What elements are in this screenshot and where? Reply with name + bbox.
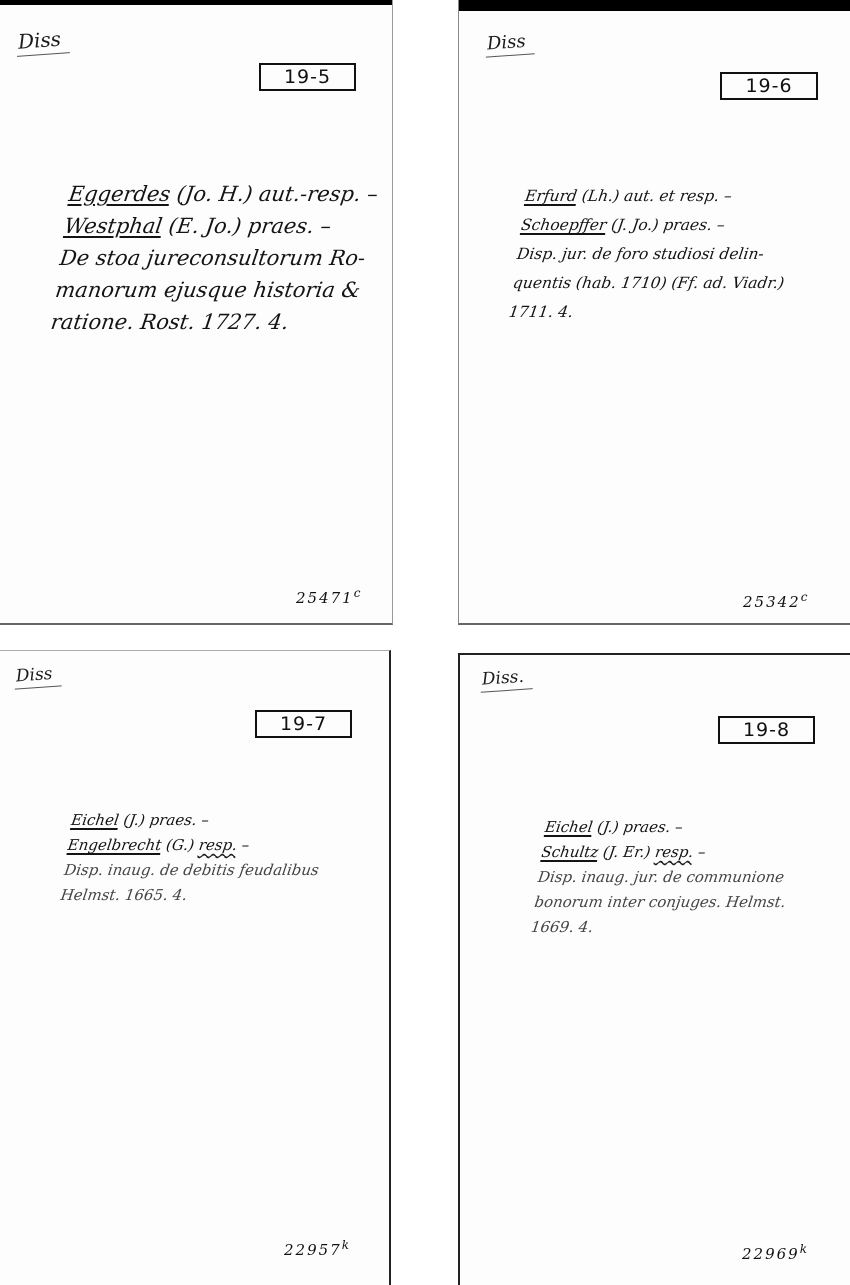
accession-suffix: k	[342, 1238, 349, 1252]
dash: –	[692, 843, 707, 861]
call-number-box: 19-8	[718, 716, 815, 744]
title-line: bonorum inter conjuges. Helmst.	[533, 890, 788, 915]
author-detail: (Jo. H.) aut.-resp. –	[169, 182, 380, 206]
card-body: Eichel (J.) praes. – Schultz (J. Er.) re…	[529, 815, 798, 940]
catalog-card-19-7: Diss 19-7 Eichel (J.) praes. – Engelbrec…	[0, 650, 391, 1285]
respondent-detail: (G.)	[160, 836, 200, 854]
title-line: 1711. 4.	[507, 298, 782, 327]
respondent-name: Schultz	[540, 843, 599, 861]
praeses-detail: (E. Jo.) praes. –	[161, 214, 333, 238]
accession-digits: 25471	[296, 589, 354, 607]
call-number-box: 19-5	[259, 63, 356, 91]
praeses-name: Eichel	[544, 818, 594, 836]
accession-number: 22969k	[742, 1242, 807, 1263]
respondent-name: Engelbrecht	[67, 836, 163, 854]
catalog-card-19-5: Diss 19-5 Eggerdes (Jo. H.) aut.-resp. –…	[0, 0, 393, 625]
entry-line: Eggerdes (Jo. H.) aut.-resp. –	[67, 178, 380, 210]
card-top-edge	[0, 0, 392, 5]
call-number-box: 19-7	[255, 710, 352, 738]
praeses-detail: (J. Jo.) praes. –	[605, 216, 726, 234]
card-heading: Diss	[15, 26, 70, 57]
card-heading: Diss.	[479, 666, 532, 693]
respondent-detail: (J. Er.)	[597, 843, 656, 861]
card-top-edge	[459, 0, 850, 11]
praeses-name: Westphal	[63, 214, 164, 238]
accession-number: 22957k	[284, 1238, 349, 1259]
dash: –	[236, 836, 251, 854]
entry-line: Schoepffer (J. Jo.) praes. –	[519, 211, 794, 240]
card-body: Eichel (J.) praes. – Engelbrecht (G.) re…	[59, 808, 328, 908]
entry-line: Schultz (J. Er.) resp. –	[540, 840, 795, 865]
role-label: resp.	[654, 843, 695, 861]
title-line: manorum ejusque historia &	[53, 274, 366, 306]
entry-line: Eichel (J.) praes. –	[543, 815, 798, 840]
author-name: Erfurd	[524, 187, 578, 205]
author-name: Eggerdes	[67, 182, 172, 206]
accession-suffix: k	[800, 1242, 807, 1256]
accession-number: 25471c	[296, 586, 360, 607]
praeses-name: Eichel	[70, 811, 120, 829]
title-line: ratione. Rost. 1727. 4.	[49, 306, 362, 338]
accession-digits: 22969	[742, 1245, 800, 1263]
title-line: Disp. inaug. de debitis feudalibus	[62, 858, 320, 883]
card-heading: Diss	[484, 30, 534, 57]
entry-line: Engelbrecht (G.) resp. –	[66, 833, 324, 858]
accession-suffix: c	[801, 590, 808, 604]
entry-line: Erfurd (Lh.) aut. et resp. –	[523, 182, 798, 211]
accession-digits: 22957	[284, 1241, 342, 1259]
card-body: Erfurd (Lh.) aut. et resp. – Schoepffer …	[507, 182, 799, 327]
title-line: Disp. jur. de foro studiosi delin-	[515, 240, 790, 269]
entry-line: Westphal (E. Jo.) praes. –	[62, 210, 375, 242]
accession-digits: 25342	[743, 593, 801, 611]
catalog-card-19-8: Diss. 19-8 Eichel (J.) praes. – Schultz …	[458, 653, 850, 1285]
role-label: resp.	[198, 836, 239, 854]
title-line: De stoa jureconsultorum Ro-	[58, 242, 371, 274]
praeses-name: Schoepffer	[520, 216, 608, 234]
title-line: Disp. inaug. jur. de communione	[536, 865, 791, 890]
title-line: Helmst. 1665. 4.	[59, 883, 317, 908]
praeses-detail: (J.) praes. –	[118, 811, 211, 829]
card-body: Eggerdes (Jo. H.) aut.-resp. – Westphal …	[49, 178, 380, 338]
entry-line: Eichel (J.) praes. –	[70, 808, 328, 833]
title-line: quentis (hab. 1710) (Ff. ad. Viadr.)	[511, 269, 786, 298]
author-detail: (Lh.) aut. et resp. –	[576, 187, 733, 205]
card-heading: Diss	[13, 663, 61, 689]
call-number-box: 19-6	[720, 72, 818, 100]
title-line: 1669. 4.	[529, 915, 784, 940]
praeses-detail: (J.) praes. –	[591, 818, 684, 836]
catalog-card-19-6: Diss 19-6 Erfurd (Lh.) aut. et resp. – S…	[458, 0, 850, 625]
accession-number: 25342c	[743, 590, 807, 611]
accession-suffix: c	[354, 586, 361, 600]
